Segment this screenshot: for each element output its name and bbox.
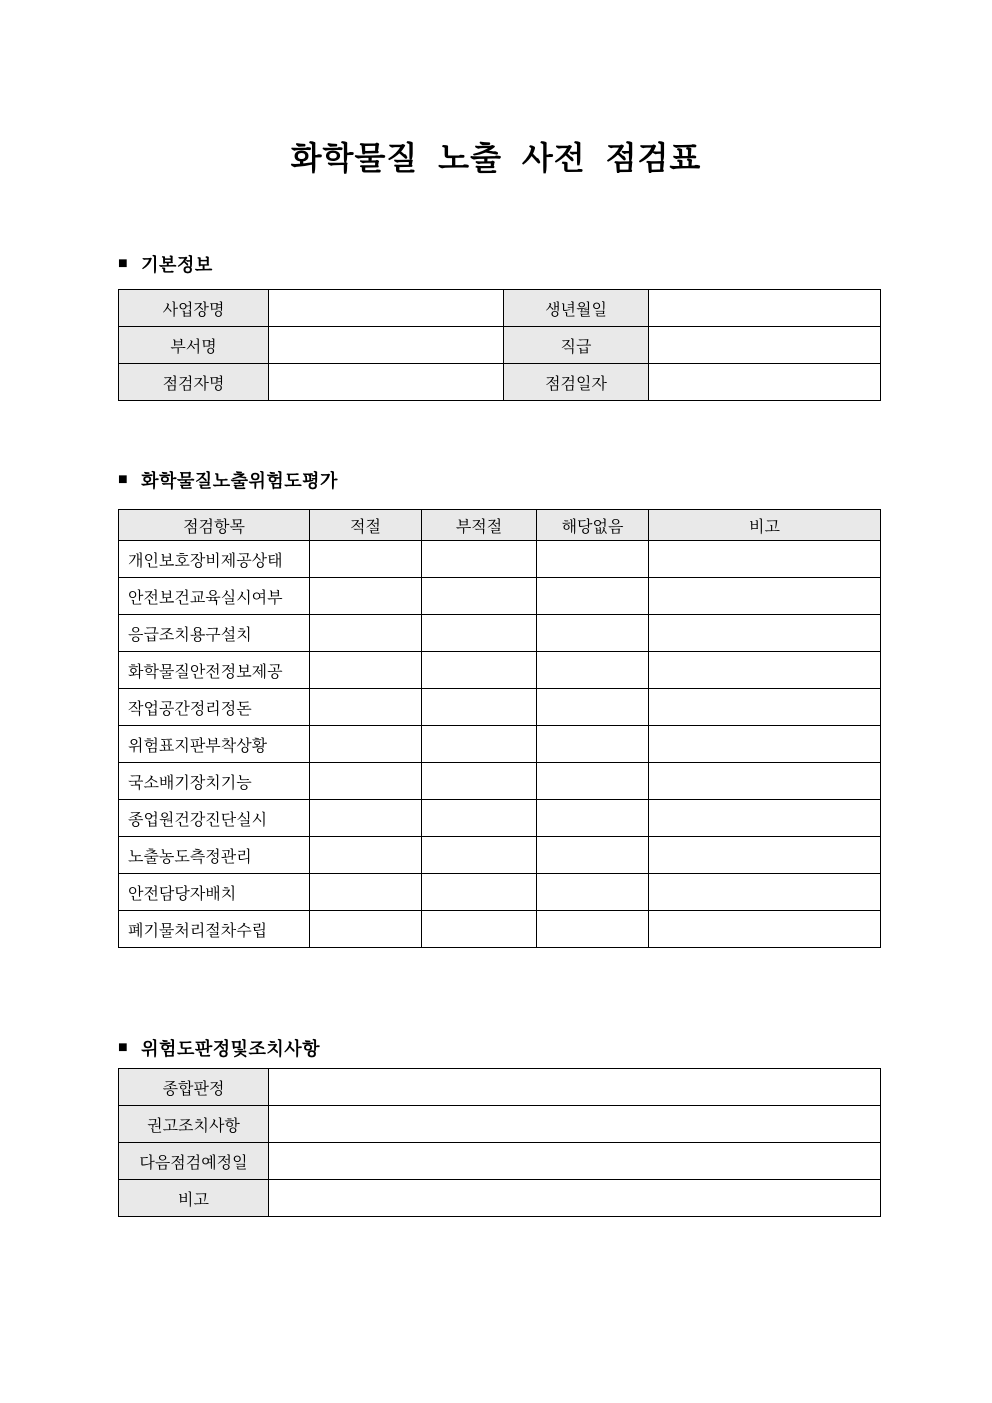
judgement-table: 종합판정 권고조치사항 다음점검예정일 비고 xyxy=(118,1068,881,1217)
check-cell-not-applicable[interactable] xyxy=(537,874,649,911)
field-label-inspector: 점검자명 xyxy=(119,364,269,401)
square-bullet-icon: ■ xyxy=(118,1040,128,1056)
table-row: 개인보호장비제공상태 xyxy=(119,541,881,578)
table-row: 종합판정 xyxy=(119,1069,881,1106)
input-cell-remarks[interactable] xyxy=(269,1180,881,1217)
item-label: 응급조치용구설치 xyxy=(119,615,310,652)
field-label-department: 부서명 xyxy=(119,327,269,364)
check-cell-inadequate[interactable] xyxy=(422,874,537,911)
input-cell-remarks[interactable] xyxy=(649,763,881,800)
item-label: 위험표지판부착상황 xyxy=(119,726,310,763)
input-cell-recommended-actions[interactable] xyxy=(269,1106,881,1143)
check-cell-inadequate[interactable] xyxy=(422,911,537,948)
check-cell-adequate[interactable] xyxy=(310,763,422,800)
table-row: 작업공간정리정돈 xyxy=(119,689,881,726)
table-row: 점검자명 점검일자 xyxy=(119,364,881,401)
item-label: 종업원건강진단실시 xyxy=(119,800,310,837)
item-label: 화학물질안전정보제공 xyxy=(119,652,310,689)
input-cell-remarks[interactable] xyxy=(649,578,881,615)
table-row: 노출농도측정관리 xyxy=(119,837,881,874)
check-cell-inadequate[interactable] xyxy=(422,800,537,837)
item-label: 안전보건교육실시여부 xyxy=(119,578,310,615)
basic-info-table: 사업장명 생년월일 부서명 직급 점검자명 점검일자 xyxy=(118,289,881,401)
check-cell-not-applicable[interactable] xyxy=(537,837,649,874)
item-label: 노출농도측정관리 xyxy=(119,837,310,874)
table-row: 안전보건교육실시여부 xyxy=(119,578,881,615)
input-cell-remarks[interactable] xyxy=(649,615,881,652)
input-cell-next-inspection-date[interactable] xyxy=(269,1143,881,1180)
column-header-inadequate: 부적절 xyxy=(422,510,537,541)
check-cell-adequate[interactable] xyxy=(310,652,422,689)
input-cell-remarks[interactable] xyxy=(649,541,881,578)
input-cell-remarks[interactable] xyxy=(649,800,881,837)
item-label: 폐기물처리절차수립 xyxy=(119,911,310,948)
input-cell-overall-judgement[interactable] xyxy=(269,1069,881,1106)
input-cell-remarks[interactable] xyxy=(649,911,881,948)
column-header-adequate: 적절 xyxy=(310,510,422,541)
table-row: 권고조치사항 xyxy=(119,1106,881,1143)
input-cell-inspection-date[interactable] xyxy=(649,364,881,401)
section-heading-judgement: ■ 위험도판정및조치사항 xyxy=(118,1035,320,1061)
check-cell-adequate[interactable] xyxy=(310,800,422,837)
check-cell-adequate[interactable] xyxy=(310,726,422,763)
input-cell-remarks[interactable] xyxy=(649,874,881,911)
check-cell-not-applicable[interactable] xyxy=(537,541,649,578)
field-label-workplace: 사업장명 xyxy=(119,290,269,327)
item-label: 국소배기장치기능 xyxy=(119,763,310,800)
item-label: 안전담당자배치 xyxy=(119,874,310,911)
check-cell-adequate[interactable] xyxy=(310,837,422,874)
check-cell-inadequate[interactable] xyxy=(422,541,537,578)
input-cell-department[interactable] xyxy=(269,327,504,364)
table-row: 사업장명 생년월일 xyxy=(119,290,881,327)
check-cell-adequate[interactable] xyxy=(310,689,422,726)
check-cell-not-applicable[interactable] xyxy=(537,578,649,615)
check-cell-not-applicable[interactable] xyxy=(537,615,649,652)
table-row: 비고 xyxy=(119,1180,881,1217)
input-cell-remarks[interactable] xyxy=(649,652,881,689)
check-cell-not-applicable[interactable] xyxy=(537,911,649,948)
table-row: 부서명 직급 xyxy=(119,327,881,364)
table-row: 위험표지판부착상황 xyxy=(119,726,881,763)
table-header-row: 점검항목 적절 부적절 해당없음 비고 xyxy=(119,510,881,541)
table-row: 응급조치용구설치 xyxy=(119,615,881,652)
table-row: 폐기물처리절차수립 xyxy=(119,911,881,948)
document-title: 화학물질 노출 사전 점검표 xyxy=(0,133,992,179)
document-page: 화학물질 노출 사전 점검표 ■ 기본정보 사업장명 생년월일 부서명 직급 점… xyxy=(0,0,992,1403)
input-cell-remarks[interactable] xyxy=(649,689,881,726)
field-label-remarks: 비고 xyxy=(119,1180,269,1217)
square-bullet-icon: ■ xyxy=(118,256,128,272)
check-cell-inadequate[interactable] xyxy=(422,837,537,874)
field-label-inspection-date: 점검일자 xyxy=(504,364,649,401)
check-cell-inadequate[interactable] xyxy=(422,726,537,763)
table-row: 안전담당자배치 xyxy=(119,874,881,911)
square-bullet-icon: ■ xyxy=(118,472,128,488)
check-cell-not-applicable[interactable] xyxy=(537,763,649,800)
input-cell-position[interactable] xyxy=(649,327,881,364)
check-cell-inadequate[interactable] xyxy=(422,763,537,800)
item-label: 개인보호장비제공상태 xyxy=(119,541,310,578)
section-heading-basic-info: ■ 기본정보 xyxy=(118,251,213,277)
input-cell-inspector[interactable] xyxy=(269,364,504,401)
column-header-not-applicable: 해당없음 xyxy=(537,510,649,541)
table-row: 종업원건강진단실시 xyxy=(119,800,881,837)
section-heading-label: 기본정보 xyxy=(141,251,213,277)
check-cell-inadequate[interactable] xyxy=(422,578,537,615)
check-cell-inadequate[interactable] xyxy=(422,615,537,652)
column-header-remarks: 비고 xyxy=(649,510,881,541)
column-header-item: 점검항목 xyxy=(119,510,310,541)
check-cell-adequate[interactable] xyxy=(310,615,422,652)
input-cell-remarks[interactable] xyxy=(649,726,881,763)
check-cell-adequate[interactable] xyxy=(310,911,422,948)
table-row: 화학물질안전정보제공 xyxy=(119,652,881,689)
item-label: 작업공간정리정돈 xyxy=(119,689,310,726)
table-row: 국소배기장치기능 xyxy=(119,763,881,800)
check-cell-inadequate[interactable] xyxy=(422,652,537,689)
section-heading-label: 위험도판정및조치사항 xyxy=(141,1035,320,1061)
input-cell-birthdate[interactable] xyxy=(649,290,881,327)
section-heading-label: 화학물질노출위험도평가 xyxy=(141,467,338,493)
input-cell-workplace[interactable] xyxy=(269,290,504,327)
field-label-recommended-actions: 권고조치사항 xyxy=(119,1106,269,1143)
check-cell-adequate[interactable] xyxy=(310,874,422,911)
field-label-position: 직급 xyxy=(504,327,649,364)
table-row: 다음점검예정일 xyxy=(119,1143,881,1180)
field-label-next-inspection-date: 다음점검예정일 xyxy=(119,1143,269,1180)
assessment-table: 점검항목 적절 부적절 해당없음 비고 개인보호장비제공상태 안전보건교육실시여… xyxy=(118,509,881,948)
check-cell-adequate[interactable] xyxy=(310,578,422,615)
check-cell-not-applicable[interactable] xyxy=(537,726,649,763)
field-label-overall-judgement: 종합판정 xyxy=(119,1069,269,1106)
field-label-birthdate: 생년월일 xyxy=(504,290,649,327)
input-cell-remarks[interactable] xyxy=(649,837,881,874)
check-cell-inadequate[interactable] xyxy=(422,689,537,726)
section-heading-assessment: ■ 화학물질노출위험도평가 xyxy=(118,467,338,493)
check-cell-not-applicable[interactable] xyxy=(537,689,649,726)
check-cell-not-applicable[interactable] xyxy=(537,800,649,837)
check-cell-adequate[interactable] xyxy=(310,541,422,578)
check-cell-not-applicable[interactable] xyxy=(537,652,649,689)
